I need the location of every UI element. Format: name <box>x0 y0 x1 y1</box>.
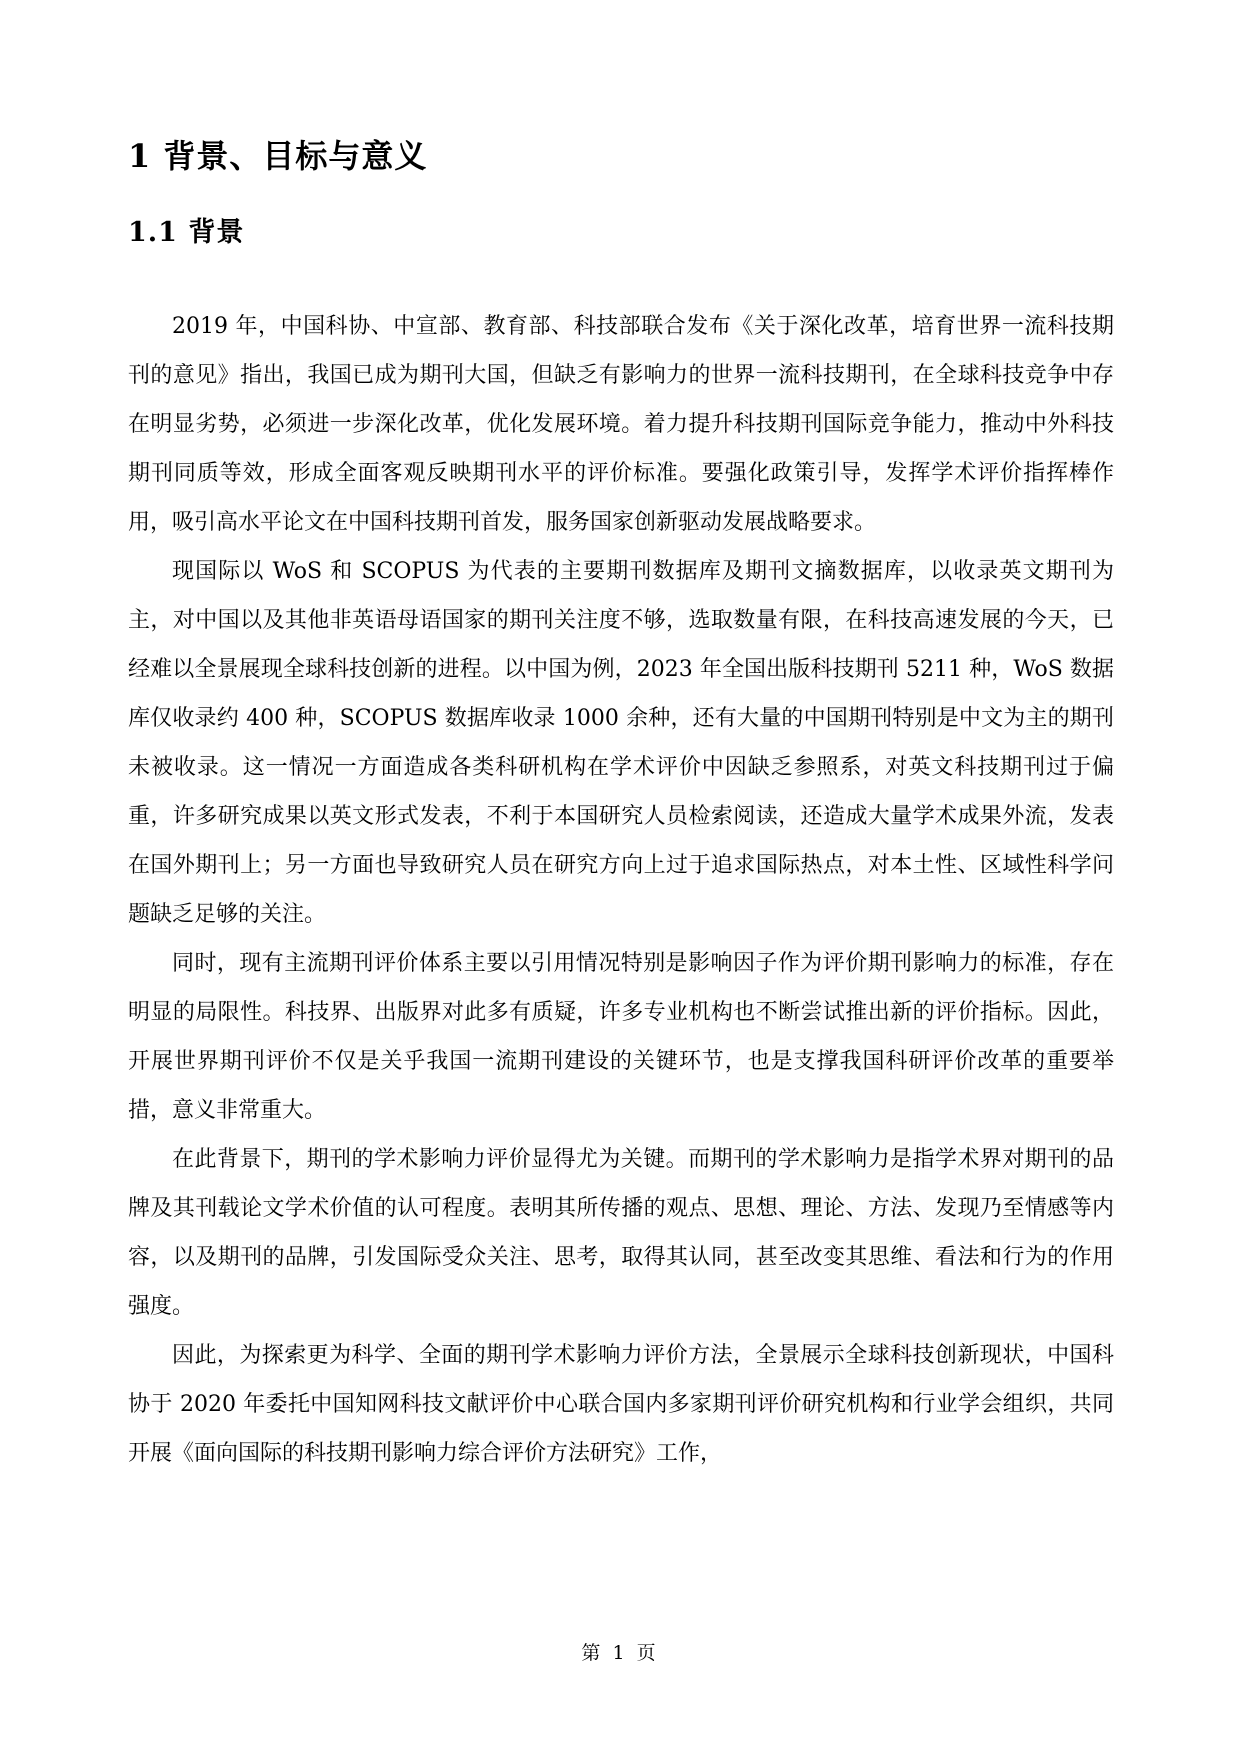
heading-level-1: 1 背景、目标与意义 <box>128 0 1114 176</box>
paragraph: 现国际以 WoS 和 SCOPUS 为代表的主要期刊数据库及期刊文摘数据库，以收… <box>128 547 1114 939</box>
paragraph: 同时，现有主流期刊评价体系主要以引用情况特别是影响因子作为评价期刊影响力的标准，… <box>128 939 1114 1135</box>
body-text: 2019 年，中国科协、中宣部、教育部、科技部联合发布《关于深化改革，培育世界一… <box>128 302 1114 1478</box>
paragraph: 因此，为探索更为科学、全面的期刊学术影响力评价方法，全景展示全球科技创新现状，中… <box>128 1331 1114 1478</box>
page-number-footer: 第 1 页 <box>0 1638 1240 1665</box>
paragraph: 在此背景下，期刊的学术影响力评价显得尤为关键。而期刊的学术影响力是指学术界对期刊… <box>128 1135 1114 1331</box>
heading-level-2: 1.1 背景 <box>128 216 1114 250</box>
paragraph: 2019 年，中国科协、中宣部、教育部、科技部联合发布《关于深化改革，培育世界一… <box>128 302 1114 547</box>
document-page: 1 背景、目标与意义 1.1 背景 2019 年，中国科协、中宣部、教育部、科技… <box>0 0 1240 1754</box>
